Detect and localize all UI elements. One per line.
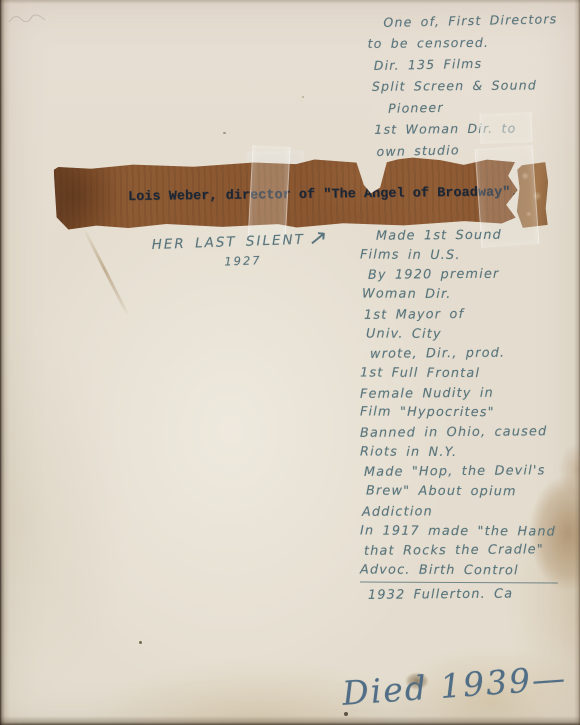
clear-tape-piece [479,112,532,144]
note-line: wrote, Dir., prod. [370,343,558,364]
note-line: 1st Mayor of [364,304,558,325]
pencil-scribble [6,8,56,32]
note-line: Woman Dir. [362,285,558,306]
photo-verso: One of, First Directors to be censored. … [0,0,580,725]
note-line: Univ. City [366,324,558,345]
notes-top-right: One of, First Directors to be censored. … [367,9,573,161]
note-line: that Rocks the Cradle" [364,540,558,561]
note-line: By 1920 premier [368,265,558,286]
note-line: Made 1st Sound [376,225,558,246]
note-line: In 1917 made "the Hand [360,521,558,542]
note-line: Brew" About opium [366,482,558,503]
clear-tape-piece [247,145,290,244]
note-line: 1st Full Frontal [360,363,558,384]
note-line: Dir. 135 Films [374,51,573,77]
note-line: Film "Hypocrites" [360,403,558,424]
note-line: Split Screen & Sound [372,74,573,97]
stain-speck [223,132,226,134]
note-line: One of, First Directors [383,8,572,33]
note-line: Made "Hop, the Devil's [364,462,558,483]
note-line: 1932 Fullerton. Ca [368,582,558,605]
note-line: 1st Woman Dir. to [374,117,573,140]
note-line: Films in U.S. [360,245,558,266]
note-line: Addiction [362,501,558,522]
note-line-underlined: Advoc. Birth Control [360,560,558,583]
arrow-up-right-icon: ↗ [308,233,329,245]
note-line: Female Nudity in [360,383,558,404]
note-line: Banned in Ohio, caused [360,422,558,443]
note-line: Riots in N.Y. [360,442,558,463]
tape-typed-caption: Lois Weber, director of "The Angel of Br… [128,185,519,206]
stain-speck [302,96,304,98]
stain-speck [139,641,142,644]
note-line: to be censored. [368,31,573,54]
notes-right-column: Made 1st Sound Films in U.S. By 1920 pre… [360,226,558,604]
note-her-last-silent: HER LAST SILENT↗ 1927 [151,231,325,271]
